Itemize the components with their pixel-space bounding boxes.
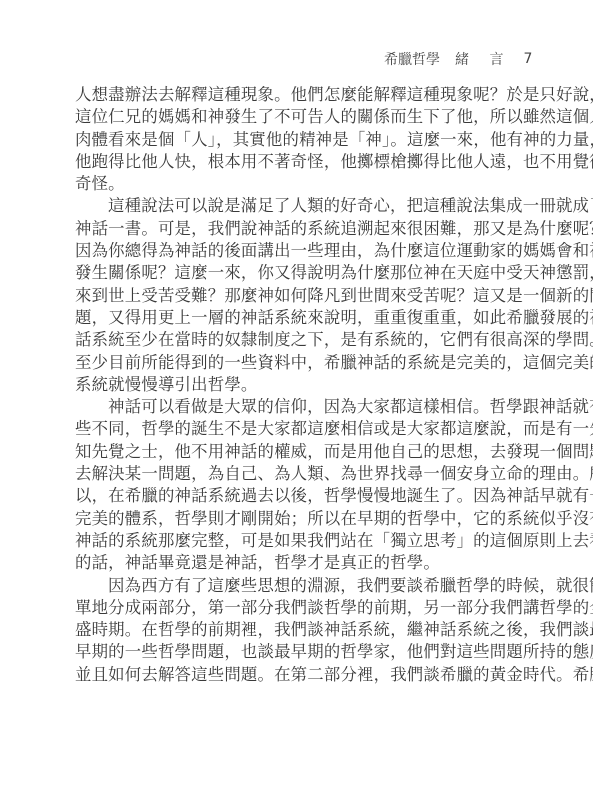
chapter-title: 緒 言 — [455, 49, 511, 69]
text-line: 題，又得用更上一層的神話系統來說明，重重復重重，如此希臘發展的神 — [75, 307, 521, 329]
text-line: 因為西方有了這麼些思想的淵源，我們要談希臘哲學的時候，就很簡 — [75, 575, 521, 597]
text-line: 完美的體系，哲學則才剛開始；所以在早期的哲學中，它的系統似乎沒有 — [75, 508, 521, 530]
text-line: 人想盡辦法去解釋這種現象。他們怎麼能解釋這種現象呢？於是只好說， — [75, 84, 521, 106]
text-line: 單地分成兩部分，第一部分我們談哲學的前期，另一部分我們講哲學的全 — [75, 597, 521, 619]
text-line: 他跑得比他人快，根本用不著奇怪，他擲標槍擲得比他人遠，也不用覺得 — [75, 151, 521, 173]
body-text: 人想盡辦法去解釋這種現象。他們怎麼能解釋這種現象呢？於是只好說， 這位仁兄的媽媽… — [75, 84, 521, 686]
text-line: 知先覺之士，他不用神話的權威，而是用他自己的思想，去發現一個問題， — [75, 441, 521, 463]
text-line: 奇怪。 — [75, 173, 521, 195]
paragraph-1: 人想盡辦法去解釋這種現象。他們怎麼能解釋這種現象呢？於是只好說， 這位仁兄的媽媽… — [75, 84, 521, 195]
text-line: 話系統至少在當時的奴隸制度之下，是有系統的，它們有很高深的學問。 — [75, 329, 521, 351]
text-line: 因為你總得為神話的後面講出一些理由，為什麼這位運動家的媽媽會和神 — [75, 240, 521, 262]
text-line: 神話可以看做是大眾的信仰，因為大家都這樣相信。哲學跟神話就有 — [75, 396, 521, 418]
text-line: 去解決某一問題，為自己、為人類、為世界找尋一個安身立命的理由。所 — [75, 463, 521, 485]
paragraph-4: 因為西方有了這麼些思想的淵源，我們要談希臘哲學的時候，就很簡 單地分成兩部分，第… — [75, 575, 521, 686]
page-number: 7 — [523, 51, 532, 67]
text-line: 神話的系統那麼完整，可是如果我們站在「獨立思考」的這個原則上去看 — [75, 530, 521, 552]
text-line: 以，在希臘的神話系統過去以後，哲學慢慢地誕生了。因為神話早就有一 — [75, 485, 521, 507]
text-line: 早期的一些哲學問題，也談最早期的哲學家，他們對這些問題所持的態度， — [75, 641, 521, 663]
text-line: 至少目前所能得到的一些資料中，希臘神話的系統是完美的，這個完美的 — [75, 352, 521, 374]
paragraph-2: 這種說法可以說是滿足了人類的好奇心，把這種說法集成一冊就成了 神話一書。可是，我… — [75, 195, 521, 396]
text-line: 的話，神話畢竟還是神話，哲學才是真正的哲學。 — [75, 552, 521, 574]
text-line: 並且如何去解答這些問題。在第二部分裡，我們談希臘的黃金時代。希臘 — [75, 664, 521, 686]
text-line: 發生關係呢？這麼一來，你又得說明為什麼那位神在天庭中受天神懲罰， — [75, 262, 521, 284]
text-line: 些不同，哲學的誕生不是大家都這麼相信或是大家都這麼說，而是有一先 — [75, 418, 521, 440]
text-line: 這位仁兄的媽媽和神發生了不可告人的關係而生下了他，所以雖然這個人 — [75, 106, 521, 128]
text-line: 肉體看來是個「人」，其實他的精神是「神」。這麼一來，他有神的力量， — [75, 129, 521, 151]
text-line: 神話一書。可是，我們說神話的系統追溯起來很困難，那又是為什麼呢？ — [75, 218, 521, 240]
paragraph-3: 神話可以看做是大眾的信仰，因為大家都這樣相信。哲學跟神話就有 些不同，哲學的誕生… — [75, 396, 521, 574]
text-line: 這種說法可以說是滿足了人類的好奇心，把這種說法集成一冊就成了 — [75, 195, 521, 217]
text-line: 盛時期。在哲學的前期裡，我們談神話系統，繼神話系統之後，我們談最 — [75, 619, 521, 641]
text-line: 系統就慢慢導引出哲學。 — [75, 374, 521, 396]
text-line: 來到世上受苦受難？那麼神如何降凡到世間來受苦呢？這又是一個新的問 — [75, 285, 521, 307]
book-title: 希臘哲學 — [384, 49, 440, 69]
running-header: 希臘哲學 緒 言 7 — [384, 49, 532, 69]
